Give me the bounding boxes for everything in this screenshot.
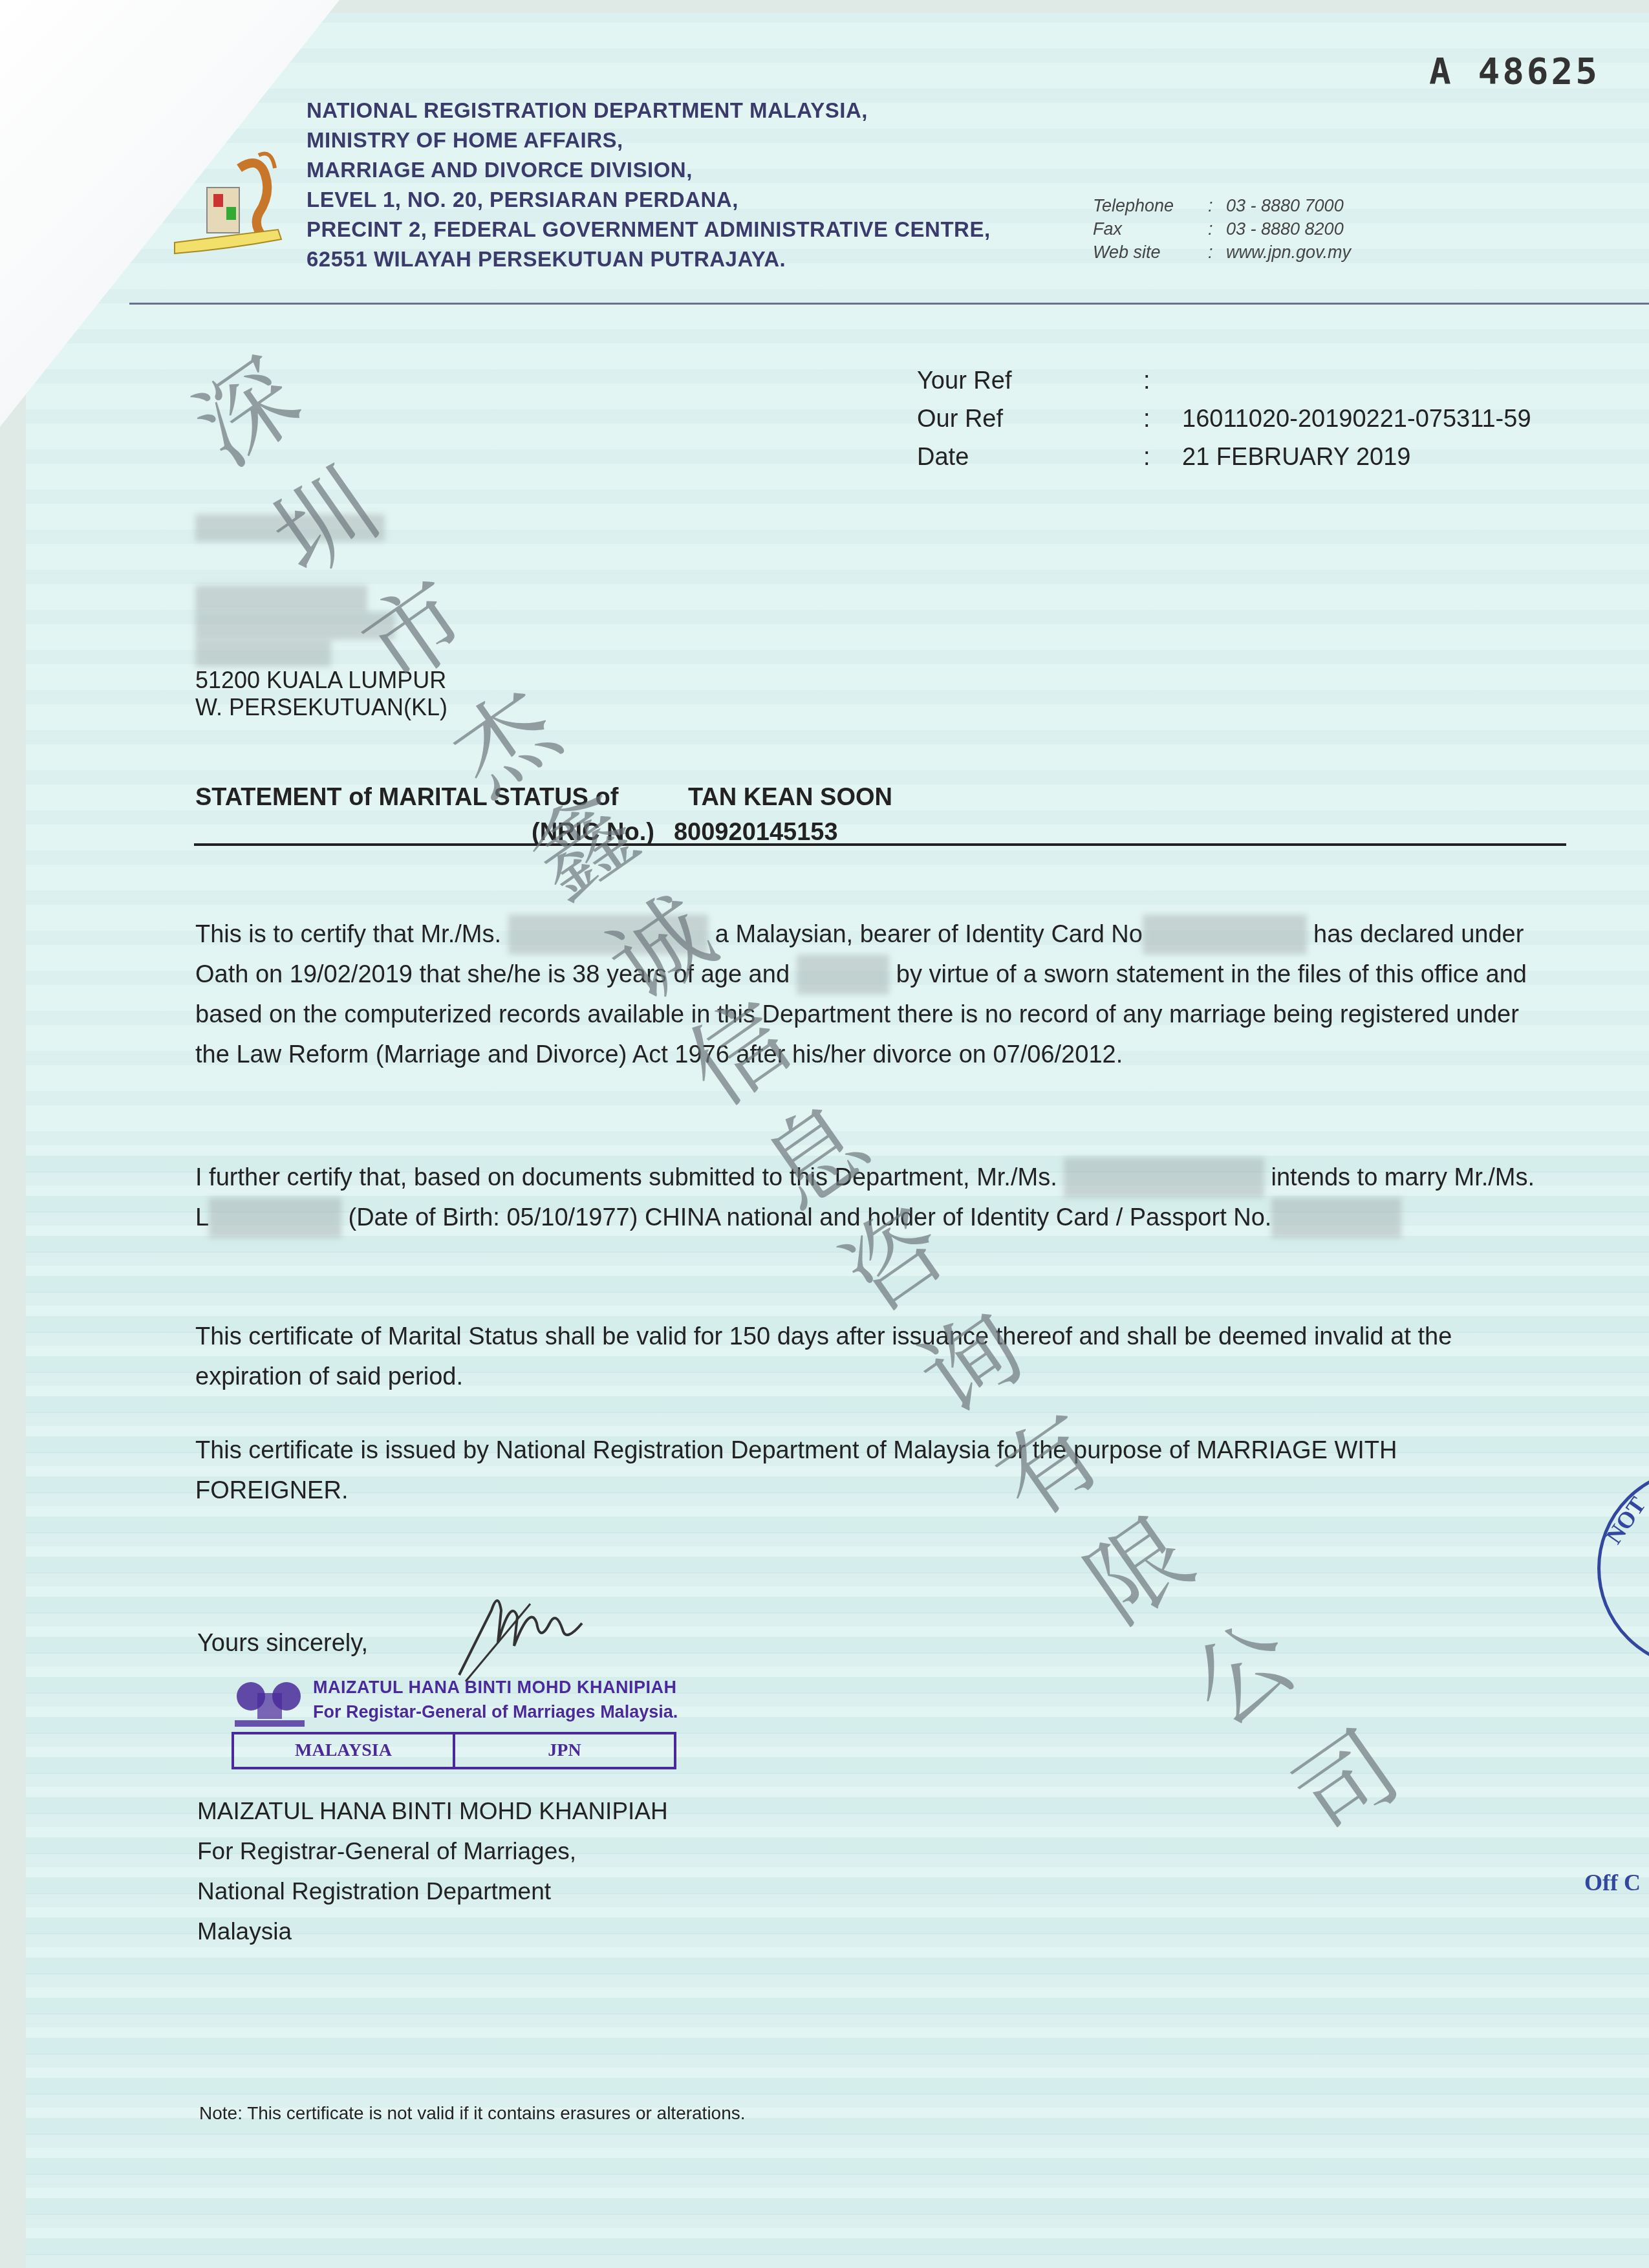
- purpose-paragraph: This certificate is issued by National R…: [195, 1431, 1540, 1511]
- contact-fax: Fax : 03 - 8880 8200: [1093, 217, 1351, 241]
- nric-line: (NRIC No.)800920145153: [532, 819, 838, 847]
- nric-number: 800920145153: [674, 819, 838, 846]
- redacted-id: 800920145153: [1143, 914, 1307, 955]
- stamp-cell-agency: JPN: [455, 1734, 674, 1767]
- stamp-title: For Registar-General of Marriages Malays…: [313, 1702, 678, 1722]
- letterhead-line: MINISTRY OF HOME AFFAIRS,: [307, 125, 991, 155]
- contact-telephone: Telephone : 03 - 8880 7000: [1093, 194, 1351, 217]
- redacted-passport: ED7000270: [1271, 1198, 1401, 1238]
- redacted-status: divorced: [797, 955, 890, 995]
- stamp-crest-icon: [232, 1674, 308, 1732]
- signer-title: For Registrar-General of Marriages,: [197, 1831, 668, 1872]
- validity-paragraph: This certificate of Marital Status shall…: [195, 1317, 1540, 1397]
- title-underline: [194, 843, 1566, 846]
- certification-paragraph: This is to certify that Mr./Ms. TAN KEAN…: [195, 914, 1540, 1075]
- reference-block: Your Ref : Our Ref : 16011020-20190221-0…: [917, 362, 1531, 477]
- letterhead-line: MARRIAGE AND DIVORCE DIVISION,: [307, 155, 991, 185]
- stamp-box: MALAYSIA JPN: [232, 1732, 676, 1769]
- signature: [453, 1584, 595, 1681]
- notary-seal-caption: Off C: [1584, 1869, 1641, 1896]
- signer-department: National Registration Department: [197, 1872, 668, 1912]
- letterhead-line: NATIONAL REGISTRATION DEPARTMENT MALAYSI…: [307, 96, 991, 125]
- serial-number: A 48625: [1429, 50, 1600, 92]
- letterhead-line: 62551 WILAYAH PERSEKUTUAN PUTRAJAYA.: [307, 244, 991, 274]
- redacted-recipient-name: TAN KEAN SOON: [195, 514, 385, 541]
- address-line: 51200 KUALA LUMPUR: [195, 667, 447, 694]
- intent-paragraph: I further certify that, based on documen…: [195, 1158, 1540, 1238]
- signer-country: Malaysia: [197, 1912, 668, 1952]
- stamp-cell-country: MALAYSIA: [234, 1734, 455, 1767]
- letterhead-line: PRECINT 2, FEDERAL GOVERNMENT ADMINISTRA…: [307, 215, 991, 244]
- your-ref: Your Ref :: [917, 362, 1531, 400]
- our-ref: Our Ref : 16011020-20190221-075311-59: [917, 400, 1531, 438]
- redacted-address-line: PPR PEKAN BATU: [195, 612, 395, 640]
- contact-website: Web site : www.jpn.gov.my: [1093, 241, 1351, 264]
- signer-name: MAIZATUL HANA BINTI MOHD KHANIPIAH: [197, 1791, 668, 1831]
- signer-block: MAIZATUL HANA BINTI MOHD KHANIPIAH For R…: [197, 1791, 668, 1952]
- letterhead-line: LEVEL 1, NO. 20, PERSIARAN PERDANA,: [307, 185, 991, 215]
- redacted-address-line: JALAN IPOH: [195, 640, 331, 667]
- date: Date : 21 FEBRUARY 2019: [917, 438, 1531, 477]
- closing-salutation: Yours sincerely,: [197, 1630, 368, 1658]
- validity-note: Note: This certificate is not valid if i…: [199, 2103, 746, 2124]
- header-divider: [129, 303, 1649, 305]
- contact-info: Telephone : 03 - 8880 7000 Fax : 03 - 88…: [1093, 194, 1351, 264]
- redacted-name: TAN KEAN SOON: [508, 914, 709, 955]
- redacted-address-line: A-05-10 BLOK A: [195, 585, 367, 612]
- stamp-name: MAIZATUL HANA BINTI MOHD KHANIPIAH: [313, 1678, 676, 1698]
- recipient-address: TAN KEAN SOON A-05-10 BLOK A PPR PEKAN B…: [195, 514, 447, 721]
- subject-name: TAN KEAN SOON: [688, 784, 892, 812]
- letterhead: NATIONAL REGISTRATION DEPARTMENT MALAYSI…: [307, 96, 991, 274]
- address-line: W. PERSEKUTUAN(KL): [195, 694, 447, 721]
- statement-title: STATEMENT of MARITAL STATUS of TAN KEAN …: [195, 784, 618, 812]
- redacted-name: TAN KEAN SOON: [1064, 1158, 1264, 1198]
- redacted-partner-name: IN XINPING: [209, 1198, 341, 1238]
